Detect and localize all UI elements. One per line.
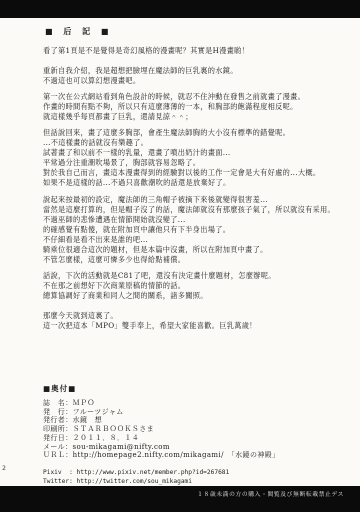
pixiv-url-text: Pixiv : http://www.pixiv.net/member.php?… (43, 468, 350, 477)
colophon-row-author: 発行者：水鏡 想 (43, 416, 350, 425)
afterword-paragraph-6: 話說，下次的活動就是C81了吧，還沒有決定畫什麼題材，怎麼辦呢。 不在那之前想好… (43, 271, 350, 301)
page-content: ■ 后 記 ■ 看了第1頁是不是覺得是奇幻風格的漫畫呢？其實是H漫畫喲！ 重新自… (0, 18, 360, 486)
top-black-bar (0, 0, 360, 18)
scanned-afterword-page: ■ 后 記 ■ 看了第1頁是不是覺得是奇幻風格的漫畫呢？其實是H漫畫喲！ 重新自… (0, 0, 360, 512)
colophon-row-printer: 印刷所：ＳＴＡＲＢＯＯＫＳさま (43, 425, 350, 434)
colophon-block: 誌 名：ＭＰＯ 発 行：フルーツジャム 発行者：水鏡 想 印刷所：ＳＴＡＲＢＯＯ… (43, 399, 350, 460)
afterword-paragraph-2: 重新自我介紹，我是超想把臉埋在魔法師的巨乳裏的水鏡。 不過這也可以算幻想漫畫吧。 (43, 66, 350, 86)
colophon-heading: ■奥付■ (43, 384, 350, 394)
afterword-paragraph-7: 那麼今天就到這裏了。 這一次把這本「MPO」雙手奉上，希望大家能喜歡。巨乳萬歲！ (43, 311, 350, 331)
colophon-row-date: 発行日：２０１１．８．１４ (43, 434, 350, 443)
afterword-paragraph-1: 看了第1頁是不是覺得是奇幻風格的漫畫呢？其實是H漫畫喲！ (43, 46, 350, 56)
afterword-paragraph-4: 但話說回來，畫了這麼多胸部，會產生魔法師胸的大小沒有標準的錯覺呢。 ...不這樣… (43, 128, 350, 188)
colophon-row-title: 誌 名：ＭＰＯ (43, 399, 350, 408)
social-links-block: Pixiv : http://www.pixiv.net/member.php?… (43, 468, 350, 486)
afterword-heading: ■ 后 記 ■ (45, 27, 350, 36)
age-warning-text: １８歳未満の方の購入・閲覧及び無断転載禁止デス (0, 486, 360, 498)
bottom-black-bar: １８歳未満の方の購入・閲覧及び無断転載禁止デス (0, 486, 360, 512)
colophon-row-email: メール：sou-mikagami@nifty.com (43, 443, 350, 452)
colophon-row-url: ＵＲＬ：http://homepage2.nifty.com/mikagami/… (43, 451, 350, 460)
page-number: 2 (2, 464, 6, 472)
afterword-paragraph-5: 說起來按最初的設定，魔法師的三角帽子被摘下來後就變得很害羞... 當然是這麼打算… (43, 195, 350, 265)
twitter-url-text: Twitter: http://twitter.com/sou_mikagami (43, 477, 350, 486)
afterword-paragraph-3: 第一次在公式網站看到角色設計的時候，就忍不住沖動在發售之前就畫了漫畫。 作畫的時… (43, 92, 350, 122)
